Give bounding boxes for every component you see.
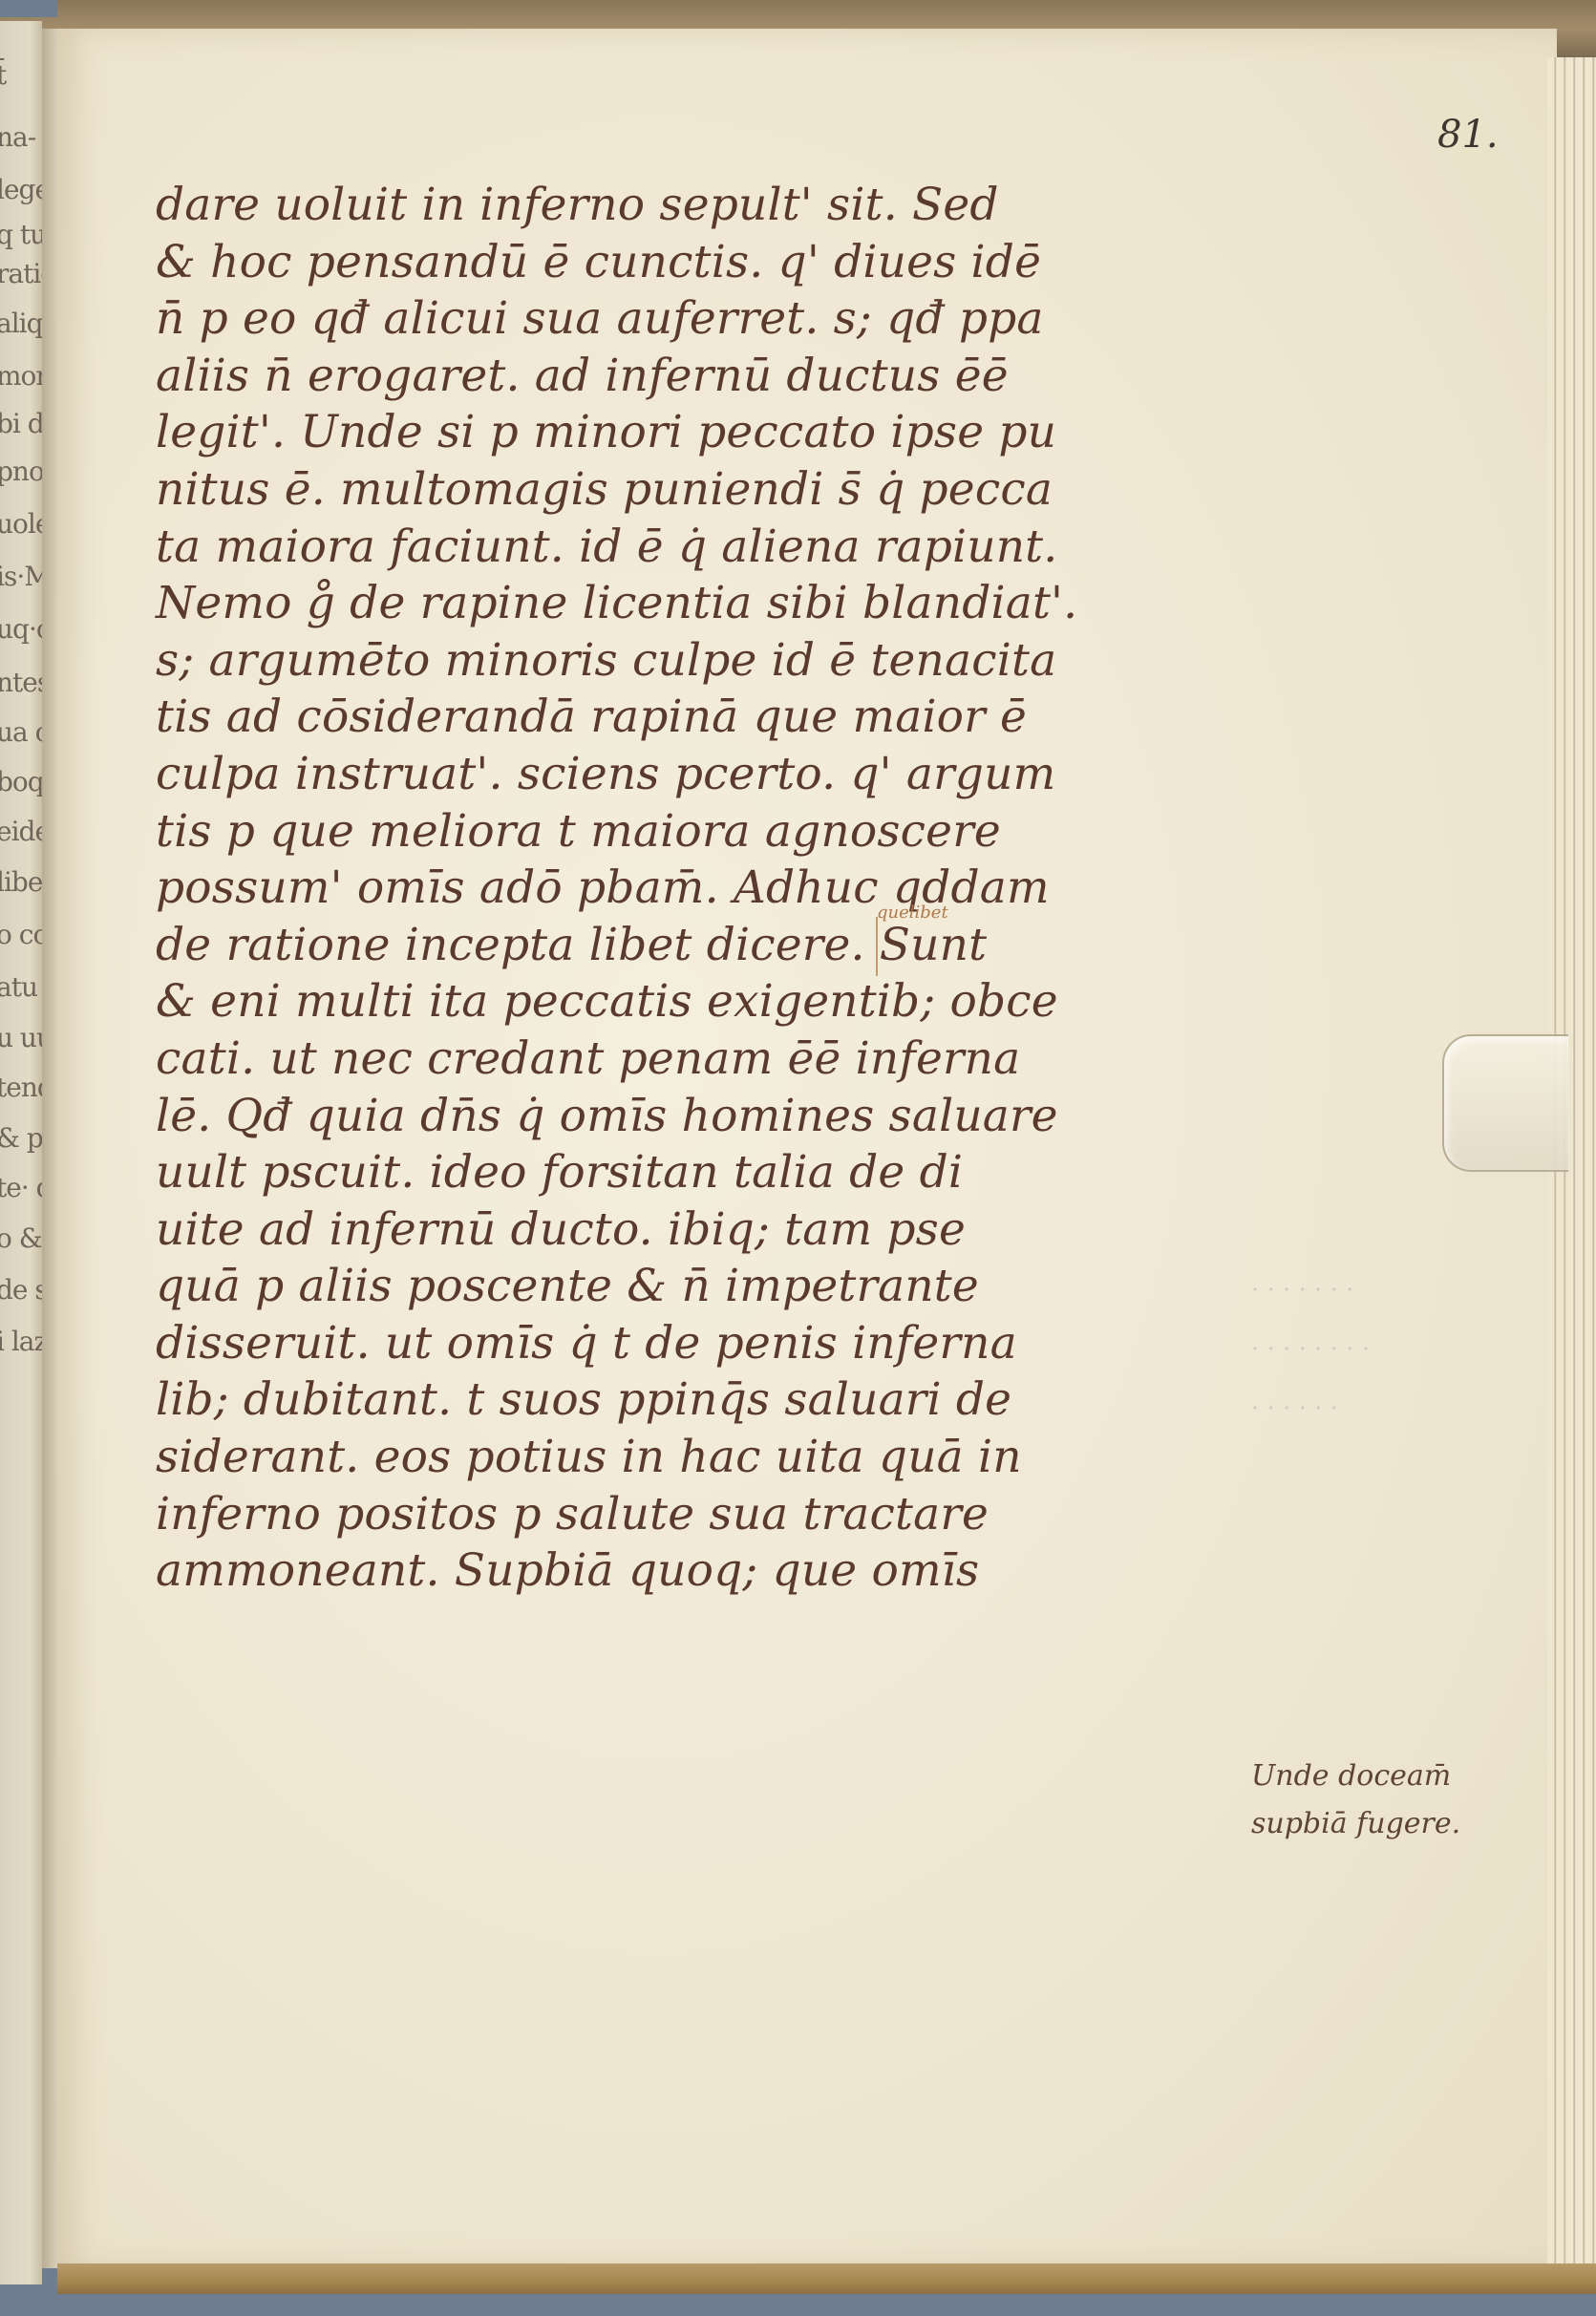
text-line: & eni multi ita peccatis exigentib; obce (156, 973, 1245, 1031)
text-line: siderant. eos potius in hac uita quā in (156, 1429, 1245, 1486)
facing-page-fragment: ua com (0, 716, 42, 748)
text-line: de ratione incepta libet dicere. Sunt (156, 917, 1245, 974)
text-line: uult pscuit. ideo forsitan talia de di (156, 1144, 1245, 1201)
facing-page-fragment: & paupe (0, 1122, 42, 1154)
marginal-note-line: supbiā fugere. (1251, 1800, 1460, 1848)
background-corner (0, 0, 57, 17)
facing-page-fragment: o & epul (0, 1222, 42, 1254)
text-line: culpa instruat'. sciens pcerto. q' argum (156, 746, 1245, 803)
text-line: legit'. Unde si p minori peccato ipse pu (156, 404, 1245, 461)
text-line: disseruit. ut omīs q̇ t de penis inferna (156, 1315, 1245, 1372)
bleed-through-text: · · · · · · · · · · · · · · · · · · · · … (1251, 1261, 1370, 1438)
insertion-mark (876, 917, 878, 976)
facing-page-fragment: q tu (0, 219, 42, 250)
text-line: lē. Qđ quia dn̄s q̇ omīs homines saluare (156, 1088, 1245, 1145)
facing-page-fragment: uq·om (0, 613, 42, 645)
facing-page-fragment: pnos (0, 456, 42, 487)
text-line: nitus ē. multomagis puniendi s̄ q̇ pecca (156, 461, 1245, 519)
text-line: quā p aliis poscente & n̄ impetrante (156, 1258, 1245, 1315)
facing-page-fragment: ntes·for (0, 667, 42, 698)
text-line: & hoc pensandū ē cunctis. q' diues idē (156, 234, 1245, 291)
text-line: tis p que meliora t maiora agnoscere (156, 803, 1245, 861)
facing-page-fragment: t̄ (0, 59, 42, 91)
facing-page-fragment: ratio (0, 258, 42, 289)
facing-page-fragment: aliq (0, 308, 42, 339)
text-line: uite ad infernū ducto. ibiq; tam pse (156, 1201, 1245, 1259)
facing-page-fragment: o compu (0, 919, 42, 950)
marginal-note-line: Unde doceam̄ (1251, 1753, 1460, 1800)
text-line: cati. ut nec credant penam ēē inferna (156, 1031, 1245, 1088)
text-line: lib; dubitant. t suos ppinq̄s saluari de (156, 1371, 1245, 1429)
facing-page-fragment: te· q' pe (0, 1172, 42, 1203)
text-line: Nemo g̊ de rapine licentia sibi blandiat… (156, 575, 1245, 632)
text-line: inferno positos p salute sua tractare (156, 1486, 1245, 1543)
text-line: ta maiora faciunt. id ē q̇ aliena rapiun… (156, 519, 1245, 576)
folio-number: 81. (1437, 113, 1499, 157)
text-line: ammoneant. Supbiā quoq; que omīs (156, 1542, 1245, 1600)
text-line: tis ad cōsiderandā rapinā que maior ē (156, 689, 1245, 746)
text-line: s; argumēto minoris culpe id ē tenacita (156, 632, 1245, 690)
bleed-line: · · · · · · · (1251, 1261, 1370, 1320)
facing-page-fragment: bi dn̄s (0, 408, 42, 439)
facing-page-fragment: eide ho (0, 816, 42, 847)
text-line: n̄ p eo qđ alicui sua auferret. s; qđ pp… (156, 290, 1245, 348)
facing-page-fragment: tendat (0, 1072, 42, 1103)
marginal-note: Unde doceam̄ supbiā fugere. (1251, 1753, 1460, 1848)
bleed-line: · · · · · · (1251, 1379, 1370, 1438)
facing-page-fragment: na- (0, 121, 42, 153)
book-cover-bottom-edge (57, 2263, 1596, 2294)
facing-page-fragment: uolens (0, 508, 42, 540)
facing-page-fragment: boq·mu (0, 766, 42, 797)
page-clip-tab (1442, 1034, 1568, 1172)
facing-page-fragment: liberam (0, 866, 42, 898)
facing-page-fragment: lege (0, 174, 42, 205)
interlinear-gloss: quelibet (877, 903, 948, 923)
bleed-line: · · · · · · · · (1251, 1320, 1370, 1379)
facing-page-edge: t̄ na- lege q tu ratio aliq morte bi dn̄… (0, 21, 42, 2284)
facing-page-fragment: morte (0, 360, 42, 392)
facing-page-fragment: u uu·d (0, 1022, 42, 1053)
text-line: possum' omīs adō pbam̄. Adhuc qddam (156, 860, 1245, 917)
facing-page-fragment: de subst (0, 1274, 42, 1306)
text-line: aliis n̄ erogaret. ad infernū ductus ēē (156, 348, 1245, 405)
facing-page-fragment: i laza (0, 1326, 42, 1357)
text-line: dare uoluit in inferno sepult' sit. Sed (156, 177, 1245, 234)
facing-page-fragment: atu n̄c (0, 971, 42, 1003)
facing-page-fragment: is·Mul (0, 561, 42, 592)
main-text-column: dare uoluit in inferno sepult' sit. Sed … (156, 177, 1245, 1600)
